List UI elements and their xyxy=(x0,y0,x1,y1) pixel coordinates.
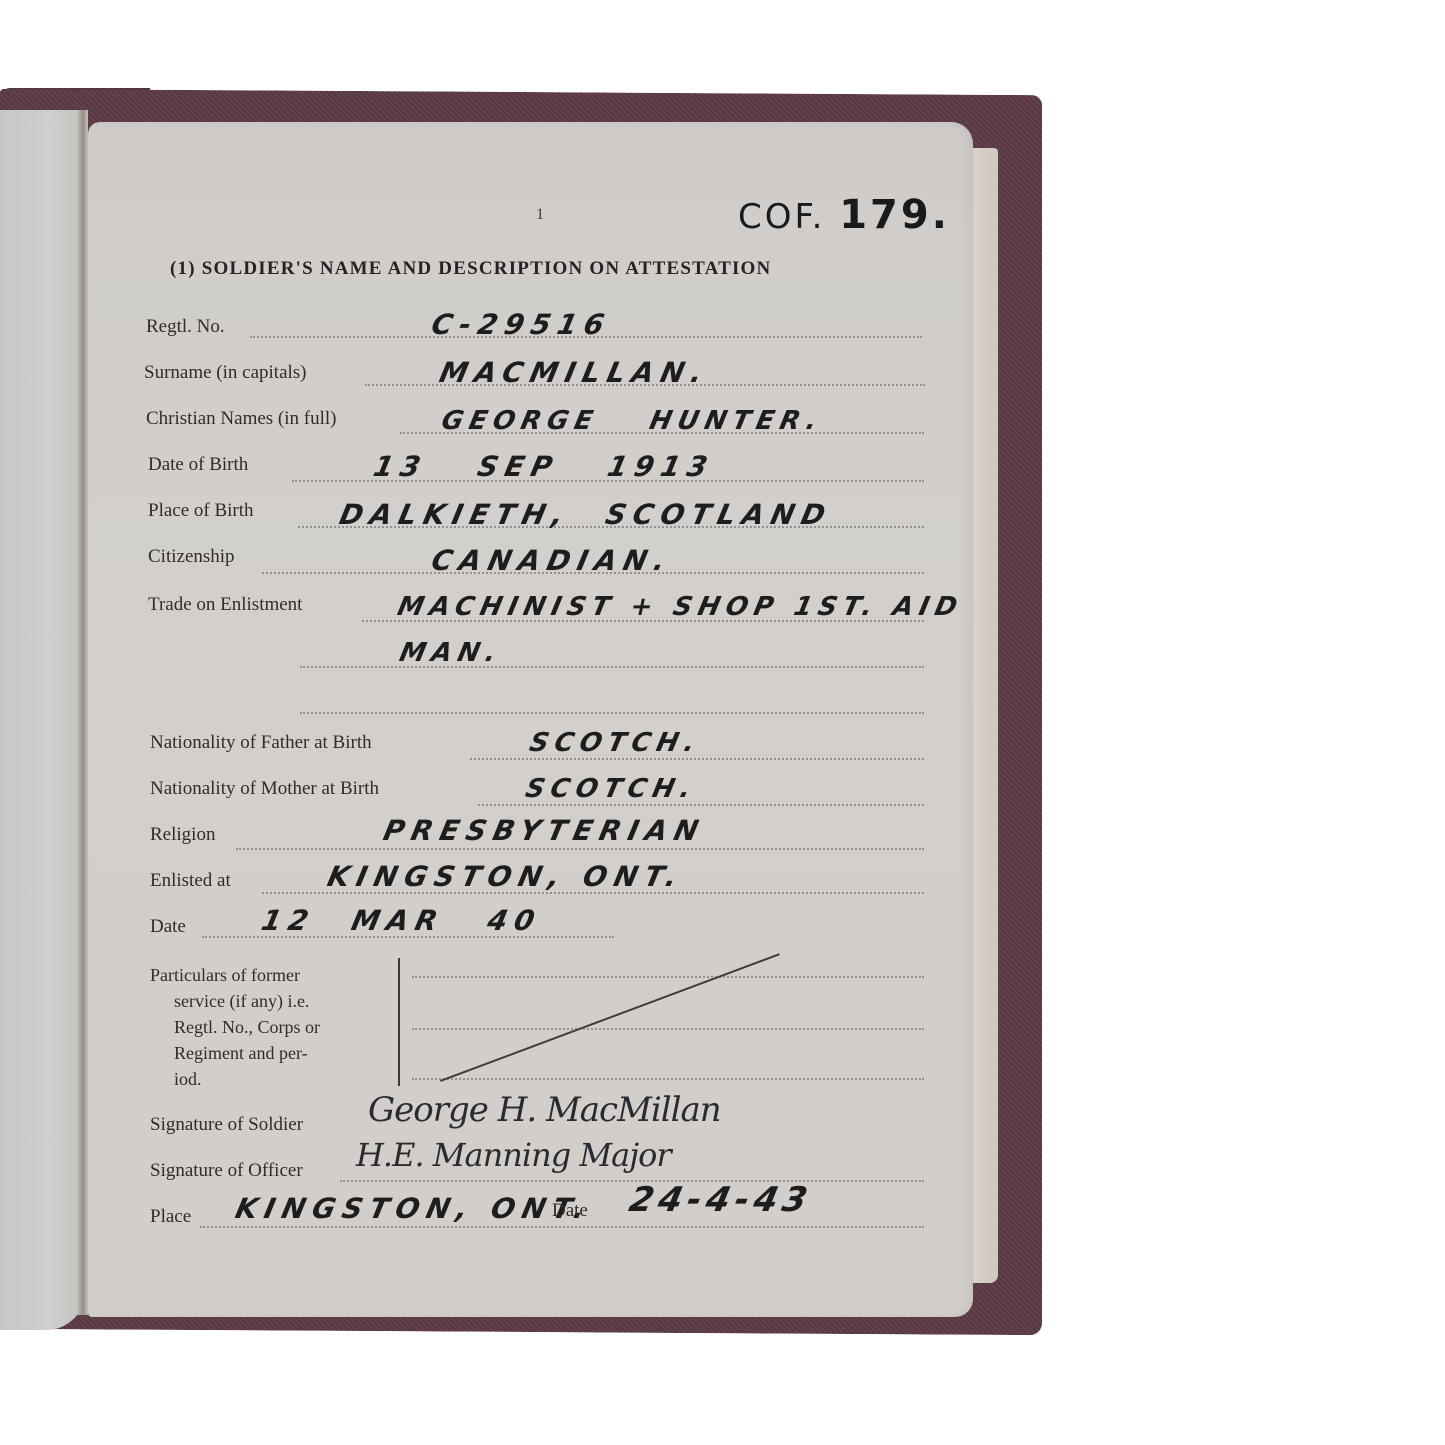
regtl-no-value: C-29516 xyxy=(428,308,614,341)
religion-rule xyxy=(236,848,924,850)
former-service-rule-1 xyxy=(412,976,924,978)
reference-value: 179. xyxy=(839,192,950,238)
former-service-label-line: Regiment and per- xyxy=(150,1040,320,1066)
page-number: 1 xyxy=(536,206,544,224)
nationality-mother-value: SCOTCH. xyxy=(523,774,700,804)
place-value: KINGSTON, ONT. xyxy=(232,1192,595,1225)
former-service-label: Particulars of former service (if any) i… xyxy=(150,962,320,1092)
christian-names-label: Christian Names (in full) xyxy=(146,408,337,430)
signature-soldier-label: Signature of Soldier xyxy=(150,1114,303,1136)
regtl-no-label: Regtl. No. xyxy=(146,316,225,338)
place-of-birth-label: Place of Birth xyxy=(148,500,254,522)
reference-number: COF. 179. xyxy=(738,192,950,238)
surname-value: MACMILLAN. xyxy=(436,356,712,389)
citizenship-label: Citizenship xyxy=(148,546,235,568)
nationality-mother-label: Nationality of Mother at Birth xyxy=(150,778,379,800)
nationality-father-value: SCOTCH. xyxy=(527,728,704,758)
enlistment-date-day: 12 xyxy=(258,904,318,937)
form-heading: (1) SOLDIER'S NAME AND DESCRIPTION ON AT… xyxy=(170,258,771,280)
date-of-birth-month: SEP xyxy=(474,450,562,483)
former-service-label-line: iod. xyxy=(150,1066,320,1092)
place-of-birth-country: SCOTLAND xyxy=(602,498,835,531)
former-service-label-line: Particulars of former xyxy=(150,962,320,988)
reference-prefix: COF. xyxy=(738,197,825,237)
signature-officer-rule xyxy=(340,1180,924,1182)
trade-rule-2 xyxy=(300,666,924,668)
nationality-father-label: Nationality of Father at Birth xyxy=(150,732,372,754)
place-label: Place xyxy=(150,1206,191,1228)
trade-label: Trade on Enlistment xyxy=(148,594,302,616)
enlistment-date-month: MAR xyxy=(348,904,447,937)
former-service-rule-3 xyxy=(412,1078,924,1080)
trade-rule-3 xyxy=(300,712,924,714)
nationality-father-rule xyxy=(470,758,924,760)
book-gutter xyxy=(78,110,88,1315)
former-service-bracket xyxy=(398,958,404,1086)
enlistment-date-label: Date xyxy=(150,916,186,938)
former-service-label-line: Regtl. No., Corps or xyxy=(150,1014,320,1040)
former-service-label-line: service (if any) i.e. xyxy=(150,988,320,1014)
sign-date-value: 24-4-43 xyxy=(626,1180,816,1220)
place-of-birth-town: DALKIETH, xyxy=(336,498,573,531)
date-of-birth-day: 13 xyxy=(370,450,430,483)
place-rule xyxy=(200,1226,924,1228)
date-of-birth-year: 1913 xyxy=(604,450,717,483)
signature-soldier-value: George H. MacMillan xyxy=(368,1090,721,1130)
trade-value-line1: MACHINIST + SHOP 1ST. AID xyxy=(395,592,966,622)
nationality-mother-rule xyxy=(478,804,924,806)
date-of-birth-label: Date of Birth xyxy=(148,454,248,476)
signature-officer-label: Signature of Officer xyxy=(150,1160,303,1182)
religion-label: Religion xyxy=(150,824,215,846)
citizenship-value: CANADIAN. xyxy=(428,544,675,577)
religion-value: PRESBYTERIAN xyxy=(380,814,708,847)
enlistment-date-year: 40 xyxy=(484,904,544,937)
former-service-rule-2 xyxy=(412,1028,924,1030)
enlisted-at-value: KINGSTON, ONT. xyxy=(324,860,687,893)
signature-officer-value: H.E. Manning Major xyxy=(356,1136,671,1174)
sign-date-label: Date xyxy=(552,1200,588,1222)
surname-label: Surname (in capitals) xyxy=(144,362,307,384)
enlisted-at-label: Enlisted at xyxy=(150,870,231,892)
christian-names-second: HUNTER. xyxy=(647,406,826,436)
trade-value-line2: MAN. xyxy=(397,638,505,668)
christian-names-first: GEORGE xyxy=(439,406,602,436)
left-facing-page xyxy=(0,110,86,1330)
